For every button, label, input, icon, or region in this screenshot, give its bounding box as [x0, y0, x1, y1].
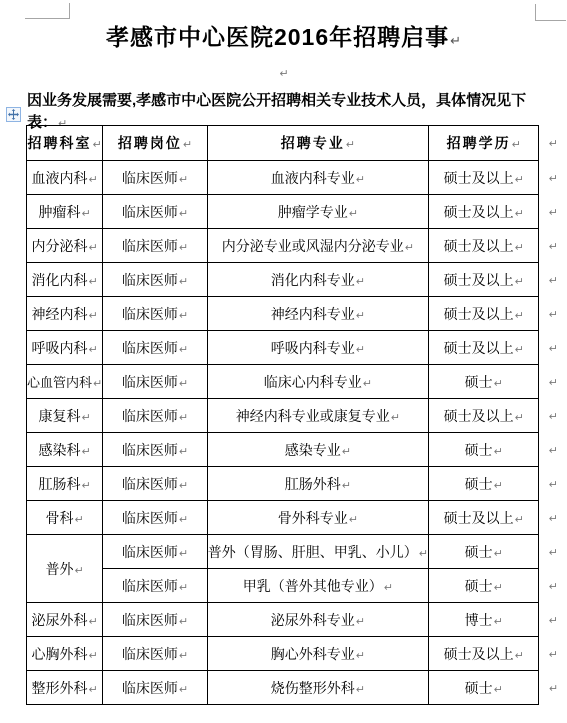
table-row: 心胸外科↵ 临床医师↵ 胸心外科专业↵ 硕士及以上↵ ↵: [27, 637, 567, 671]
position-cell: 临床医师↵: [103, 229, 208, 263]
header-dept: 招聘科室↵: [27, 126, 103, 161]
degree-cell: 硕士及以上↵: [428, 637, 539, 671]
cell-end-mark: ↵: [342, 480, 351, 492]
position-cell: 临床医师↵: [103, 331, 208, 365]
margin-crop-mark-top-right: [535, 4, 566, 21]
cell-end-mark: ↵: [515, 174, 524, 186]
row-end-mark: ↵: [539, 126, 567, 161]
position-cell: 临床医师↵: [103, 297, 208, 331]
page-title-text: 孝感市中心医院2016年招聘启事: [106, 24, 449, 50]
major-cell: 普外（胃肠、肝胆、甲乳、小儿）↵: [207, 535, 428, 569]
dept-cell: 血液内科↵: [27, 161, 103, 195]
position-cell: 临床医师↵: [103, 671, 208, 705]
cell-end-mark: ↵: [515, 650, 524, 662]
header-major: 招聘专业↵: [207, 126, 428, 161]
cell-end-mark: ↵: [82, 412, 91, 424]
position-cell: 临床医师↵: [103, 637, 208, 671]
degree-cell: 硕士↵: [428, 671, 539, 705]
dept-cell: 康复科↵: [27, 399, 103, 433]
degree-cell: 硕士↵: [428, 365, 539, 399]
table-row: 泌尿外科↵ 临床医师↵ 泌尿外科专业↵ 博士↵ ↵: [27, 603, 567, 637]
cell-end-mark: ↵: [89, 650, 98, 662]
degree-cell: 硕士↵: [428, 569, 539, 603]
cell-end-mark: ↵: [515, 514, 524, 526]
cell-end-mark: ↵: [356, 174, 365, 186]
row-end-mark: ↵: [539, 603, 567, 637]
row-end-mark: ↵: [539, 433, 567, 467]
position-cell: 临床医师↵: [103, 603, 208, 637]
major-cell: 烧伤整形外科↵: [207, 671, 428, 705]
table-row: 内分泌科↵ 临床医师↵ 内分泌专业或风湿内分泌专业↵ 硕士及以上↵ ↵: [27, 229, 567, 263]
major-cell: 神经内科专业↵: [207, 297, 428, 331]
empty-paragraph: ↵: [0, 64, 567, 82]
cell-end-mark: ↵: [179, 310, 188, 322]
degree-cell: 硕士及以上↵: [428, 263, 539, 297]
table-header-row: 招聘科室↵ 招聘岗位↵ 招聘专业↵ 招聘学历↵ ↵: [27, 126, 567, 161]
table-row: 康复科↵ 临床医师↵ 神经内科专业或康复专业↵ 硕士及以上↵ ↵: [27, 399, 567, 433]
row-end-mark: ↵: [539, 331, 567, 365]
header-major-text: 招聘专业: [281, 135, 345, 151]
row-end-mark: ↵: [539, 297, 567, 331]
table-row: 血液内科↵ 临床医师↵ 血液内科专业↵ 硕士及以上↵ ↵: [27, 161, 567, 195]
cell-end-mark: ↵: [179, 344, 188, 356]
cell-end-mark: ↵: [82, 480, 91, 492]
cell-end-mark: ↵: [494, 684, 503, 696]
margin-crop-mark-top-left: [25, 3, 70, 19]
cell-end-mark: ↵: [356, 344, 365, 356]
cell-end-mark: ↵: [93, 378, 102, 390]
major-cell: 血液内科专业↵: [207, 161, 428, 195]
dept-cell: 神经内科↵: [27, 297, 103, 331]
header-position-text: 招聘岗位: [118, 135, 182, 151]
cell-end-mark: ↵: [515, 242, 524, 254]
table-row: 肛肠科↵ 临床医师↵ 肛肠外科↵ 硕士↵ ↵: [27, 467, 567, 501]
major-cell: 神经内科专业或康复专业↵: [207, 399, 428, 433]
row-end-mark: ↵: [539, 365, 567, 399]
cell-end-mark: ↵: [179, 650, 188, 662]
recruitment-table: 招聘科室↵ 招聘岗位↵ 招聘专业↵ 招聘学历↵ ↵ 血液内科↵ 临床医师↵ 血液…: [26, 125, 567, 705]
row-end-mark: ↵: [539, 535, 567, 569]
header-dept-text: 招聘科室: [28, 135, 92, 151]
header-degree-text: 招聘学历: [447, 135, 511, 151]
degree-cell: 硕士及以上↵: [428, 161, 539, 195]
degree-cell: 硕士及以上↵: [428, 195, 539, 229]
cell-end-mark: ↵: [82, 208, 91, 220]
table-row: 普外↵ 临床医师↵ 普外（胃肠、肝胆、甲乳、小儿）↵ 硕士↵ ↵: [27, 535, 567, 569]
degree-cell: 硕士↵: [428, 467, 539, 501]
cell-end-mark: ↵: [89, 616, 98, 628]
position-cell: 临床医师↵: [103, 433, 208, 467]
cell-end-mark: ↵: [494, 446, 503, 458]
position-cell: 临床医师↵: [103, 501, 208, 535]
major-cell: 肿瘤学专业↵: [207, 195, 428, 229]
cell-end-mark: ↵: [391, 412, 400, 424]
table-row: 消化内科↵ 临床医师↵ 消化内科专业↵ 硕士及以上↵ ↵: [27, 263, 567, 297]
degree-cell: 硕士及以上↵: [428, 229, 539, 263]
page-title: 孝感市中心医院2016年招聘启事↵: [0, 22, 567, 56]
degree-cell: 硕士↵: [428, 535, 539, 569]
row-end-mark: ↵: [539, 195, 567, 229]
cell-end-mark: ↵: [512, 139, 521, 151]
cell-end-mark: ↵: [179, 208, 188, 220]
cell-end-mark: ↵: [75, 565, 84, 577]
cell-end-mark: ↵: [179, 276, 188, 288]
dept-cell: 肛肠科↵: [27, 467, 103, 501]
row-end-mark: ↵: [539, 161, 567, 195]
major-cell: 胸心外科专业↵: [207, 637, 428, 671]
cell-end-mark: ↵: [179, 174, 188, 186]
cell-end-mark: ↵: [183, 139, 192, 151]
row-end-mark: ↵: [539, 263, 567, 297]
cell-end-mark: ↵: [346, 139, 355, 151]
row-end-mark: ↵: [539, 637, 567, 671]
cell-end-mark: ↵: [494, 582, 503, 594]
dept-cell: 消化内科↵: [27, 263, 103, 297]
row-end-mark: ↵: [539, 501, 567, 535]
row-end-mark: ↵: [539, 467, 567, 501]
cell-end-mark: ↵: [75, 514, 84, 526]
header-degree: 招聘学历↵: [428, 126, 539, 161]
table-move-handle-icon[interactable]: [6, 107, 21, 122]
degree-cell: 博士↵: [428, 603, 539, 637]
dept-cell: 呼吸内科↵: [27, 331, 103, 365]
degree-cell: 硕士及以上↵: [428, 331, 539, 365]
row-end-mark: ↵: [539, 399, 567, 433]
cell-end-mark: ↵: [356, 650, 365, 662]
position-cell: 临床医师↵: [103, 399, 208, 433]
cell-end-mark: ↵: [356, 310, 365, 322]
cell-end-mark: ↵: [342, 446, 351, 458]
major-cell: 临床心内科专业↵: [207, 365, 428, 399]
cell-end-mark: ↵: [89, 310, 98, 322]
degree-cell: 硕士↵: [428, 433, 539, 467]
cell-end-mark: ↵: [494, 616, 503, 628]
cell-end-mark: ↵: [515, 276, 524, 288]
position-cell: 临床医师↵: [103, 195, 208, 229]
major-cell: 骨外科专业↵: [207, 501, 428, 535]
row-end-mark: ↵: [539, 569, 567, 603]
document-page: 孝感市中心医院2016年招聘启事↵ ↵ 因业务发展需要,孝感市中心医院公开招聘相…: [0, 0, 567, 723]
paragraph-mark: ↵: [450, 33, 461, 48]
major-cell: 呼吸内科专业↵: [207, 331, 428, 365]
degree-cell: 硕士及以上↵: [428, 399, 539, 433]
position-cell: 临床医师↵: [103, 535, 208, 569]
row-end-mark: ↵: [539, 229, 567, 263]
major-cell: 甲乳（普外其他专业）↵: [207, 569, 428, 603]
cell-end-mark: ↵: [89, 242, 98, 254]
cell-end-mark: ↵: [179, 684, 188, 696]
table-row: 心血管内科↵ 临床医师↵ 临床心内科专业↵ 硕士↵ ↵: [27, 365, 567, 399]
major-cell: 泌尿外科专业↵: [207, 603, 428, 637]
table-row: 肿瘤科↵ 临床医师↵ 肿瘤学专业↵ 硕士及以上↵ ↵: [27, 195, 567, 229]
cell-end-mark: ↵: [89, 174, 98, 186]
cell-end-mark: ↵: [179, 582, 188, 594]
table-row: 骨科↵ 临床医师↵ 骨外科专业↵ 硕士及以上↵ ↵: [27, 501, 567, 535]
dept-cell: 骨科↵: [27, 501, 103, 535]
table-row: 整形外科↵ 临床医师↵ 烧伤整形外科↵ 硕士↵ ↵: [27, 671, 567, 705]
cell-end-mark: ↵: [515, 310, 524, 322]
dept-cell: 泌尿外科↵: [27, 603, 103, 637]
row-end-mark: ↵: [539, 671, 567, 705]
cell-end-mark: ↵: [356, 616, 365, 628]
cell-end-mark: ↵: [405, 242, 414, 254]
cell-end-mark: ↵: [179, 242, 188, 254]
cell-end-mark: ↵: [356, 276, 365, 288]
header-position: 招聘岗位↵: [103, 126, 208, 161]
dept-cell: 肿瘤科↵: [27, 195, 103, 229]
cell-end-mark: ↵: [494, 378, 503, 390]
table-row: 临床医师↵ 甲乳（普外其他专业）↵ 硕士↵ ↵: [27, 569, 567, 603]
cell-end-mark: ↵: [515, 208, 524, 220]
position-cell: 临床医师↵: [103, 365, 208, 399]
degree-cell: 硕士及以上↵: [428, 297, 539, 331]
position-cell: 临床医师↵: [103, 569, 208, 603]
table-row: 感染科↵ 临床医师↵ 感染专业↵ 硕士↵ ↵: [27, 433, 567, 467]
cell-end-mark: ↵: [179, 548, 188, 560]
cell-end-mark: ↵: [89, 344, 98, 356]
paragraph-mark: ↵: [279, 68, 288, 80]
degree-cell: 硕士及以上↵: [428, 501, 539, 535]
position-cell: 临床医师↵: [103, 467, 208, 501]
cell-end-mark: ↵: [356, 684, 365, 696]
position-cell: 临床医师↵: [103, 263, 208, 297]
major-cell: 消化内科专业↵: [207, 263, 428, 297]
table-row: 呼吸内科↵ 临床医师↵ 呼吸内科专业↵ 硕士及以上↵ ↵: [27, 331, 567, 365]
cell-end-mark: ↵: [363, 378, 372, 390]
cell-end-mark: ↵: [179, 616, 188, 628]
major-cell: 内分泌专业或风湿内分泌专业↵: [207, 229, 428, 263]
cell-end-mark: ↵: [494, 480, 503, 492]
position-cell: 临床医师↵: [103, 161, 208, 195]
dept-cell: 心胸外科↵: [27, 637, 103, 671]
table-row: 神经内科↵ 临床医师↵ 神经内科专业↵ 硕士及以上↵ ↵: [27, 297, 567, 331]
cell-end-mark: ↵: [93, 139, 102, 151]
major-cell: 感染专业↵: [207, 433, 428, 467]
cell-end-mark: ↵: [179, 480, 188, 492]
cell-end-mark: ↵: [82, 446, 91, 458]
cell-end-mark: ↵: [179, 514, 188, 526]
cell-end-mark: ↵: [179, 412, 188, 424]
cell-end-mark: ↵: [89, 276, 98, 288]
dept-cell: 感染科↵: [27, 433, 103, 467]
cell-end-mark: ↵: [515, 412, 524, 424]
cell-end-mark: ↵: [384, 582, 393, 594]
cell-end-mark: ↵: [349, 514, 358, 526]
cell-end-mark: ↵: [494, 548, 503, 560]
dept-cell: 整形外科↵: [27, 671, 103, 705]
major-cell: 肛肠外科↵: [207, 467, 428, 501]
cell-end-mark: ↵: [179, 446, 188, 458]
dept-cell: 内分泌科↵: [27, 229, 103, 263]
cell-end-mark: ↵: [349, 208, 358, 220]
dept-cell-merged: 普外↵: [27, 535, 103, 603]
cell-end-mark: ↵: [89, 684, 98, 696]
dept-cell: 心血管内科↵: [27, 365, 103, 399]
cell-end-mark: ↵: [179, 378, 188, 390]
cell-end-mark: ↵: [515, 344, 524, 356]
four-way-arrow-icon: [8, 109, 19, 120]
cell-end-mark: ↵: [419, 548, 428, 560]
